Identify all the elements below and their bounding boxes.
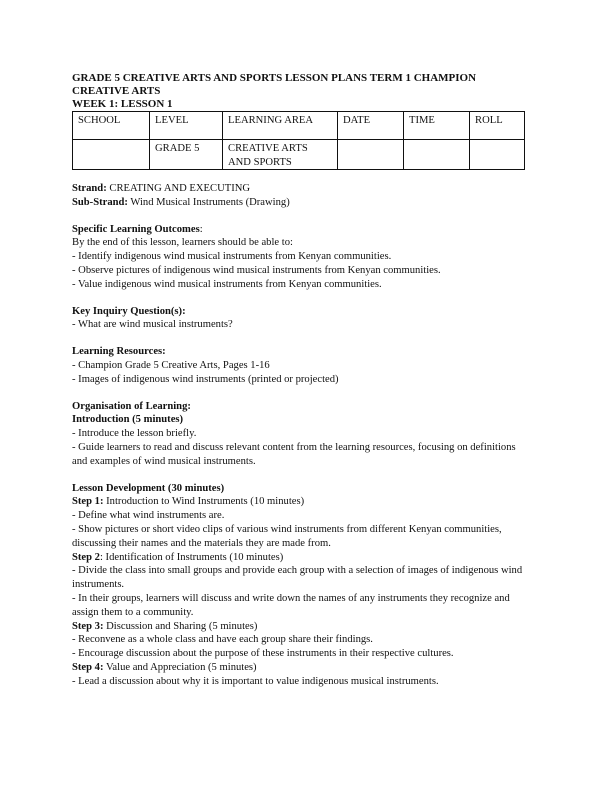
step-4-label: Step 4: [72,662,104,673]
title-line-1: GRADE 5 CREATIVE ARTS AND SPORTS LESSON … [72,72,476,84]
list-item: - Reconvene as a whole class and have ea… [72,633,532,647]
week-lesson-label: WEEK 1: LESSON 1 [72,98,173,110]
step-3-label: Step 3: [72,621,104,632]
list-item: - In their groups, learners will discuss… [72,592,532,620]
sub-strand-line: Sub-Strand: Wind Musical Instruments (Dr… [72,196,532,210]
organisation-heading: Organisation of Learning: [72,400,532,414]
sub-strand-label: Sub-Strand: [72,197,128,208]
header-time: TIME [404,112,470,140]
list-item: - Define what wind instruments are. [72,509,532,523]
outcomes-heading-colon: : [200,224,203,235]
outcomes-heading: Specific Learning Outcomes: [72,223,532,237]
step-2-title: : Identification of Instruments (10 minu… [100,552,283,563]
list-item: - What are wind musical instruments? [72,318,532,332]
header-learning-area: LEARNING AREA [223,112,338,140]
step-2-label: Step 2 [72,552,100,563]
list-item: - Images of indigenous wind instruments … [72,373,532,387]
title-line-2: CREATIVE ARTS [72,85,160,97]
list-item: - Introduce the lesson briefly. [72,427,532,441]
strand-value: CREATING AND EXECUTING [107,183,250,194]
inquiry-heading: Key Inquiry Question(s): [72,305,532,319]
introduction-heading: Introduction (5 minutes) [72,413,532,427]
step-3-heading: Step 3: Discussion and Sharing (5 minute… [72,620,532,634]
list-item: - Encourage discussion about the purpose… [72,647,532,661]
list-item: - Value indigenous wind musical instrume… [72,278,532,292]
cell-level: GRADE 5 [150,140,223,170]
cell-learning-area: CREATIVE ARTS AND SPORTS [223,140,338,170]
header-date: DATE [338,112,404,140]
cell-time [404,140,470,170]
table-header-row: SCHOOL LEVEL LEARNING AREA DATE TIME ROL… [73,112,525,140]
cell-roll [470,140,525,170]
document-title: GRADE 5 CREATIVE ARTS AND SPORTS LESSON … [72,72,532,111]
header-roll: ROLL [470,112,525,140]
header-school: SCHOOL [73,112,150,140]
lesson-plan-page: GRADE 5 CREATIVE ARTS AND SPORTS LESSON … [72,72,532,689]
list-item: - Champion Grade 5 Creative Arts, Pages … [72,359,532,373]
cell-date [338,140,404,170]
strand-label: Strand: [72,183,107,194]
strand-line: Strand: CREATING AND EXECUTING [72,182,532,196]
step-1-label: Step 1: [72,496,104,507]
step-3-title: Discussion and Sharing (5 minutes) [104,621,258,632]
resources-heading: Learning Resources: [72,345,532,359]
list-item: - Guide learners to read and discuss rel… [72,441,532,469]
lesson-info-table: SCHOOL LEVEL LEARNING AREA DATE TIME ROL… [72,111,525,170]
step-4-title: Value and Appreciation (5 minutes) [104,662,257,673]
header-level: LEVEL [150,112,223,140]
outcomes-heading-text: Specific Learning Outcomes [72,224,200,235]
list-item: - Show pictures or short video clips of … [72,523,532,551]
cell-school [73,140,150,170]
list-item: - Identify indigenous wind musical instr… [72,250,532,264]
development-heading: Lesson Development (30 minutes) [72,482,532,496]
step-1-heading: Step 1: Introduction to Wind Instruments… [72,495,532,509]
step-1-title: Introduction to Wind Instruments (10 min… [104,496,305,507]
sub-strand-value: Wind Musical Instruments (Drawing) [128,197,290,208]
outcomes-intro: By the end of this lesson, learners shou… [72,236,532,250]
step-2-heading: Step 2: Identification of Instruments (1… [72,551,532,565]
list-item: - Observe pictures of indigenous wind mu… [72,264,532,278]
list-item: - Divide the class into small groups and… [72,564,532,592]
list-item: - Lead a discussion about why it is impo… [72,675,532,689]
step-4-heading: Step 4: Value and Appreciation (5 minute… [72,661,532,675]
table-row: GRADE 5 CREATIVE ARTS AND SPORTS [73,140,525,170]
